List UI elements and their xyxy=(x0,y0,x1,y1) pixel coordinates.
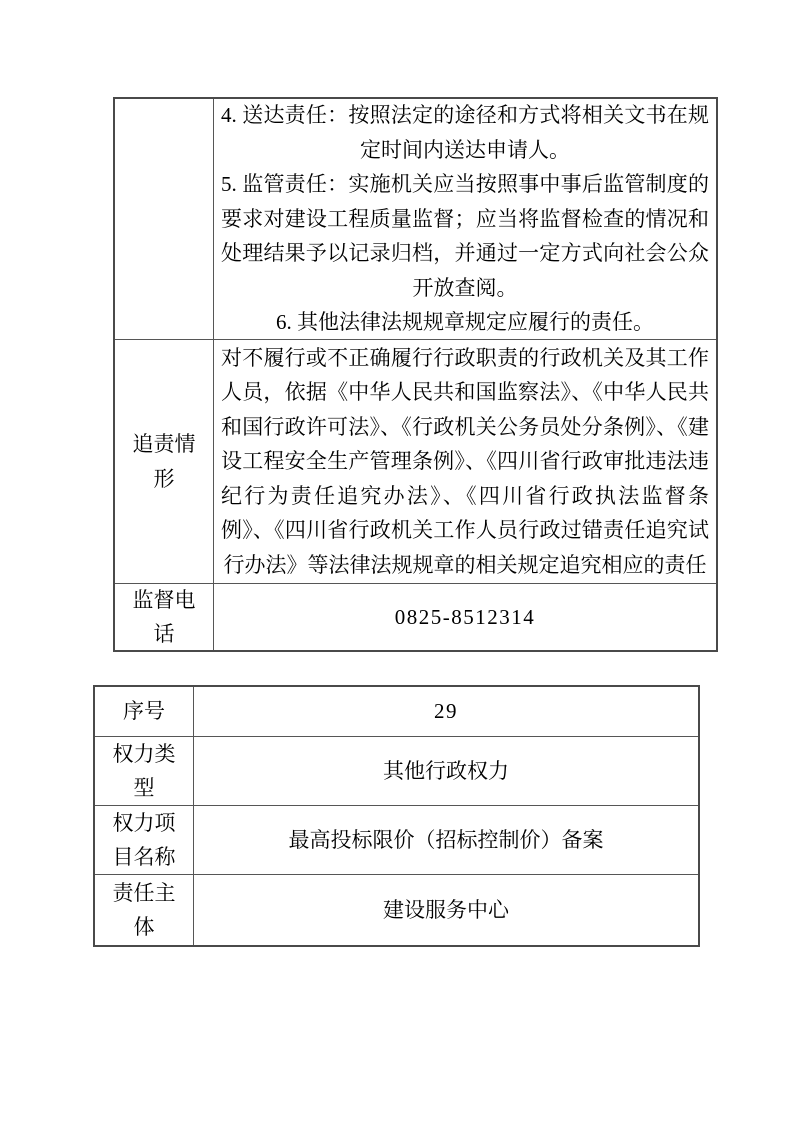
table-row-serial-number: 序号 29 xyxy=(95,687,698,736)
duty-item-delivery: 4. 送达责任：按照法定的途径和方式将相关文书在规定时间内送达申请人。 xyxy=(221,99,709,167)
accountability-content-cell: 对不履行或不正确履行行政职责的行政机关及其工作人员，依据《中华人民共和国监察法》… xyxy=(214,340,716,583)
table-row-responsible-entity: 责任主体 建设服务中心 xyxy=(95,874,698,945)
duty-item-supervision: 5. 监管责任：实施机关应当按照事中事后监管制度的要求对建设工程质量监督；应当将… xyxy=(221,167,709,305)
responsible-entity-label: 责任主体 xyxy=(95,875,194,945)
table-row-duty-items: 4. 送达责任：按照法定的途径和方式将相关文书在规定时间内送达申请人。 5. 监… xyxy=(115,99,716,339)
duty-items-content-cell: 4. 送达责任：按照法定的途径和方式将相关文书在规定时间内送达申请人。 5. 监… xyxy=(214,99,716,339)
table-row-power-type: 权力类型 其他行政权力 xyxy=(95,736,698,805)
power-type-label: 权力类型 xyxy=(95,737,194,805)
supervision-phone-label: 监督电话 xyxy=(115,584,214,650)
power-type-value: 其他行政权力 xyxy=(194,737,698,805)
document-page: 4. 送达责任：按照法定的途径和方式将相关文书在规定时间内送达申请人。 5. 监… xyxy=(0,0,793,1122)
supervision-phone-value: 0825-8512314 xyxy=(214,584,716,650)
table-row-accountability: 追责情形 对不履行或不正确履行行政职责的行政机关及其工作人员，依据《中华人民共和… xyxy=(115,339,716,583)
table-row-power-project-name: 权力项目名称 最高投标限价（招标控制价）备案 xyxy=(95,805,698,874)
duty-items-label-cell-empty xyxy=(115,99,214,339)
power-project-name-label: 权力项目名称 xyxy=(95,806,194,874)
serial-number-label: 序号 xyxy=(95,687,194,736)
serial-number-value: 29 xyxy=(194,687,698,736)
power-project-name-value: 最高投标限价（招标控制价）备案 xyxy=(194,806,698,874)
responsibility-table: 4. 送达责任：按照法定的途径和方式将相关文书在规定时间内送达申请人。 5. 监… xyxy=(113,97,718,652)
table-row-supervision-phone: 监督电话 0825-8512314 xyxy=(115,583,716,650)
power-item-table: 序号 29 权力类型 其他行政权力 权力项目名称 最高投标限价（招标控制价）备案… xyxy=(93,685,700,947)
duty-item-other-laws: 6. 其他法律法规规章规定应履行的责任。 xyxy=(221,305,709,339)
responsible-entity-value: 建设服务中心 xyxy=(194,875,698,945)
accountability-label: 追责情形 xyxy=(115,340,214,583)
accountability-text: 对不履行或不正确履行行政职责的行政机关及其工作人员，依据《中华人民共和国监察法》… xyxy=(221,341,709,583)
